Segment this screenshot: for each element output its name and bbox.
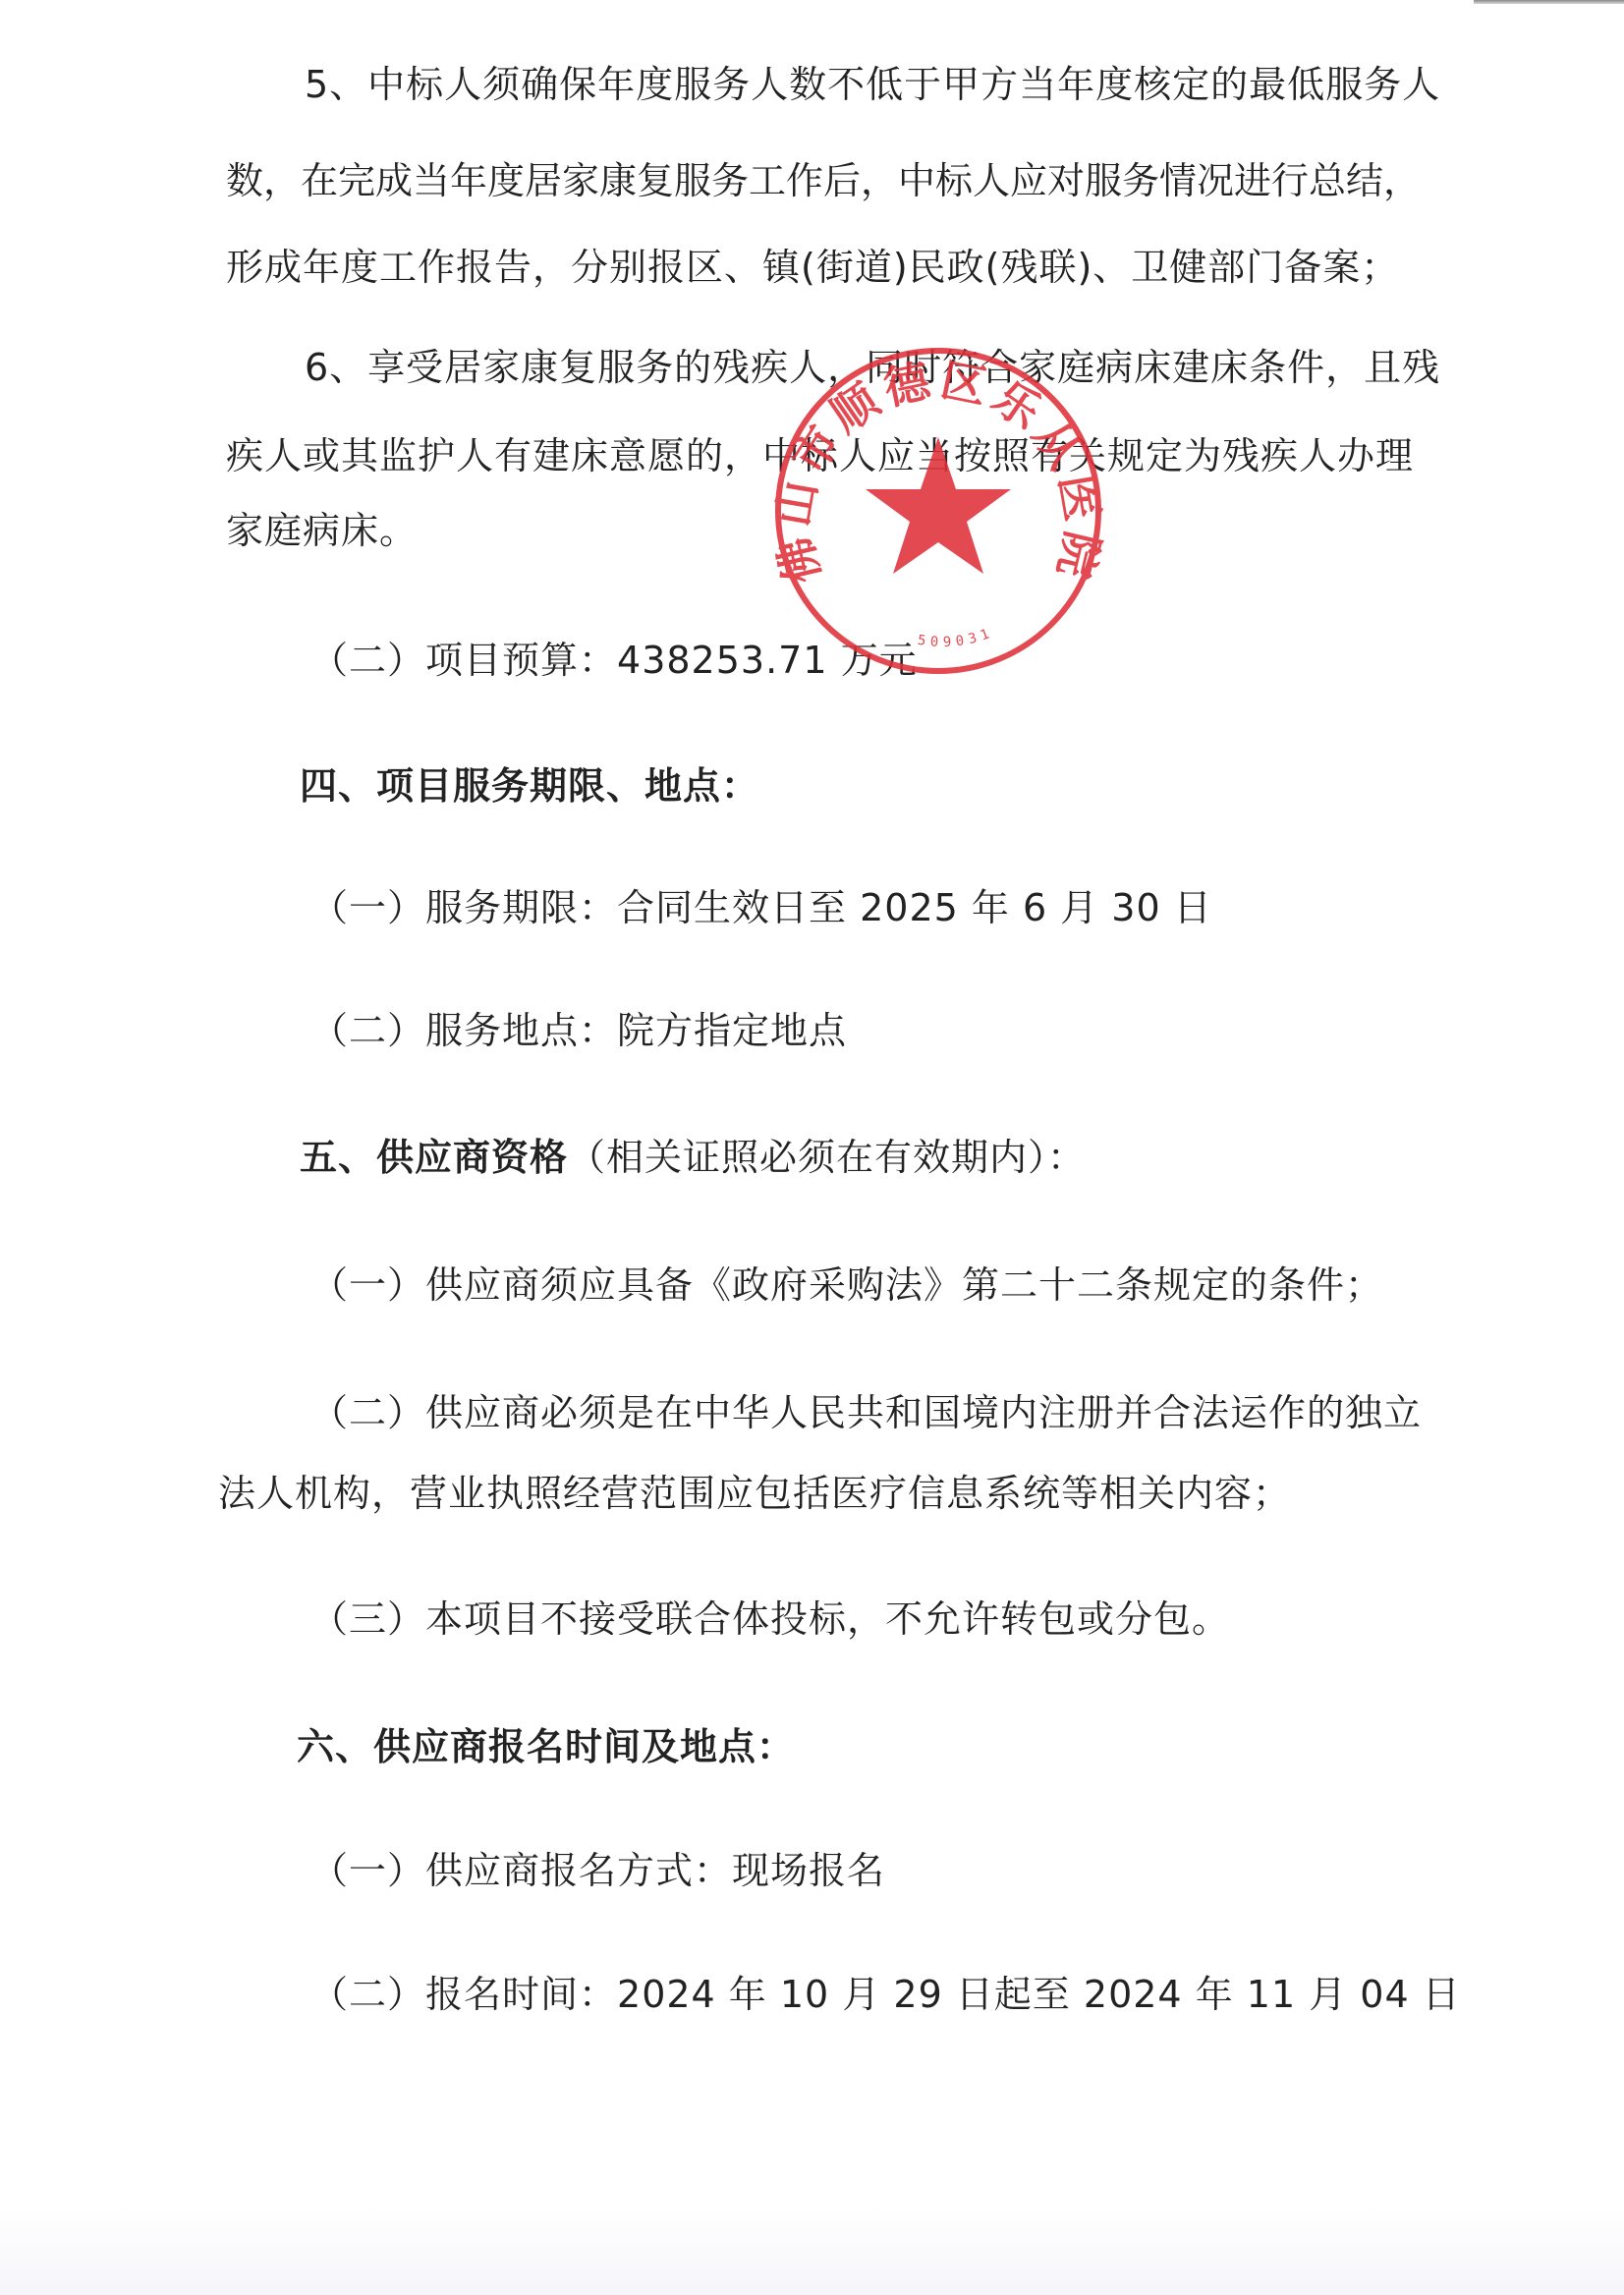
scan-artifact bbox=[0, 2207, 1624, 2295]
section-5-item-1: （一）供应商须应具备《政府采购法》第二十二条规定的条件； bbox=[310, 1261, 1383, 1309]
section-4-heading: 四、项目服务期限、地点： bbox=[300, 762, 759, 810]
seal-serial: 509031 bbox=[917, 625, 996, 650]
section-4-item-1: （一）服务期限：合同生效日至 2025 年 6 月 30 日 bbox=[310, 884, 1212, 931]
service-period-value: 合同生效日至 2025 年 6 月 30 日 bbox=[617, 886, 1212, 929]
service-location-value: 院方指定地点 bbox=[617, 1009, 847, 1052]
budget-value: 438253.71 bbox=[617, 639, 828, 682]
svg-text:509031: 509031 bbox=[917, 625, 996, 650]
section-5-item-2-line-2: 法人机构，营业执照经营范围应包括医疗信息系统等相关内容； bbox=[218, 1470, 1291, 1517]
section-6-heading: 六、供应商报名时间及地点： bbox=[297, 1723, 795, 1770]
section-5-item-3: （三）本项目不接受联合体投标，不允许转包或分包。 bbox=[310, 1595, 1230, 1643]
registration-method-value: 现场报名 bbox=[732, 1849, 885, 1892]
paragraph-6-line-2: 疾人或其监护人有建床意愿的，中标人应当按照有关规定为残疾人办理 bbox=[226, 432, 1414, 479]
service-location-label: （二）服务地点： bbox=[310, 1009, 617, 1052]
section-4-item-2: （二）服务地点：院方指定地点 bbox=[310, 1007, 847, 1054]
paragraph-5-line-1: 5、中标人须确保年度服务人数不低于甲方当年度核定的最低服务人 bbox=[305, 61, 1440, 108]
budget-unit: 万元 bbox=[841, 639, 918, 682]
section-5-note: （相关证照必须在有效期内）： bbox=[568, 1136, 1086, 1179]
service-period-label: （一）服务期限： bbox=[310, 886, 617, 929]
registration-time-value: 2024 年 10 月 29 日起至 2024 年 11 月 04 日 bbox=[617, 1973, 1461, 2016]
section-5-item-2-line-1: （二）供应商必须是在中华人民共和国境内注册并合法运作的独立 bbox=[310, 1389, 1422, 1436]
document-page: 5、中标人须确保年度服务人数不低于甲方当年度核定的最低服务人 数，在完成当年度居… bbox=[0, 0, 1624, 2295]
paragraph-6-line-3: 家庭病床。 bbox=[226, 507, 418, 554]
section-5-heading-line: 五、供应商资格（相关证照必须在有效期内）： bbox=[300, 1134, 1086, 1181]
budget-label: （二）项目预算： bbox=[310, 639, 617, 682]
section-6-item-1: （一）供应商报名方式：现场报名 bbox=[310, 1847, 885, 1894]
section-5-heading: 五、供应商资格 bbox=[300, 1136, 568, 1179]
paragraph-5-line-3: 形成年度工作报告，分别报区、镇(街道)民政(残联)、卫健部门备案； bbox=[226, 244, 1399, 291]
section-6-item-2: （二）报名时间：2024 年 10 月 29 日起至 2024 年 11 月 0… bbox=[310, 1971, 1461, 2018]
registration-method-label: （一）供应商报名方式： bbox=[310, 1849, 732, 1892]
registration-time-label: （二）报名时间： bbox=[310, 1973, 617, 2016]
paragraph-6-line-1: 6、享受居家康复服务的残疾人，同时符合家庭病床建床条件，且残 bbox=[305, 344, 1440, 391]
paragraph-5-line-2: 数，在完成当年度居家康复服务工作后，中标人应对服务情况进行总结， bbox=[226, 157, 1421, 204]
official-seal-stamp: 佛山市顺德区乐从医院 509031 bbox=[771, 344, 1105, 678]
scan-edge bbox=[1474, 0, 1624, 4]
budget-line: （二）项目预算：438253.71 万元 bbox=[310, 637, 918, 684]
